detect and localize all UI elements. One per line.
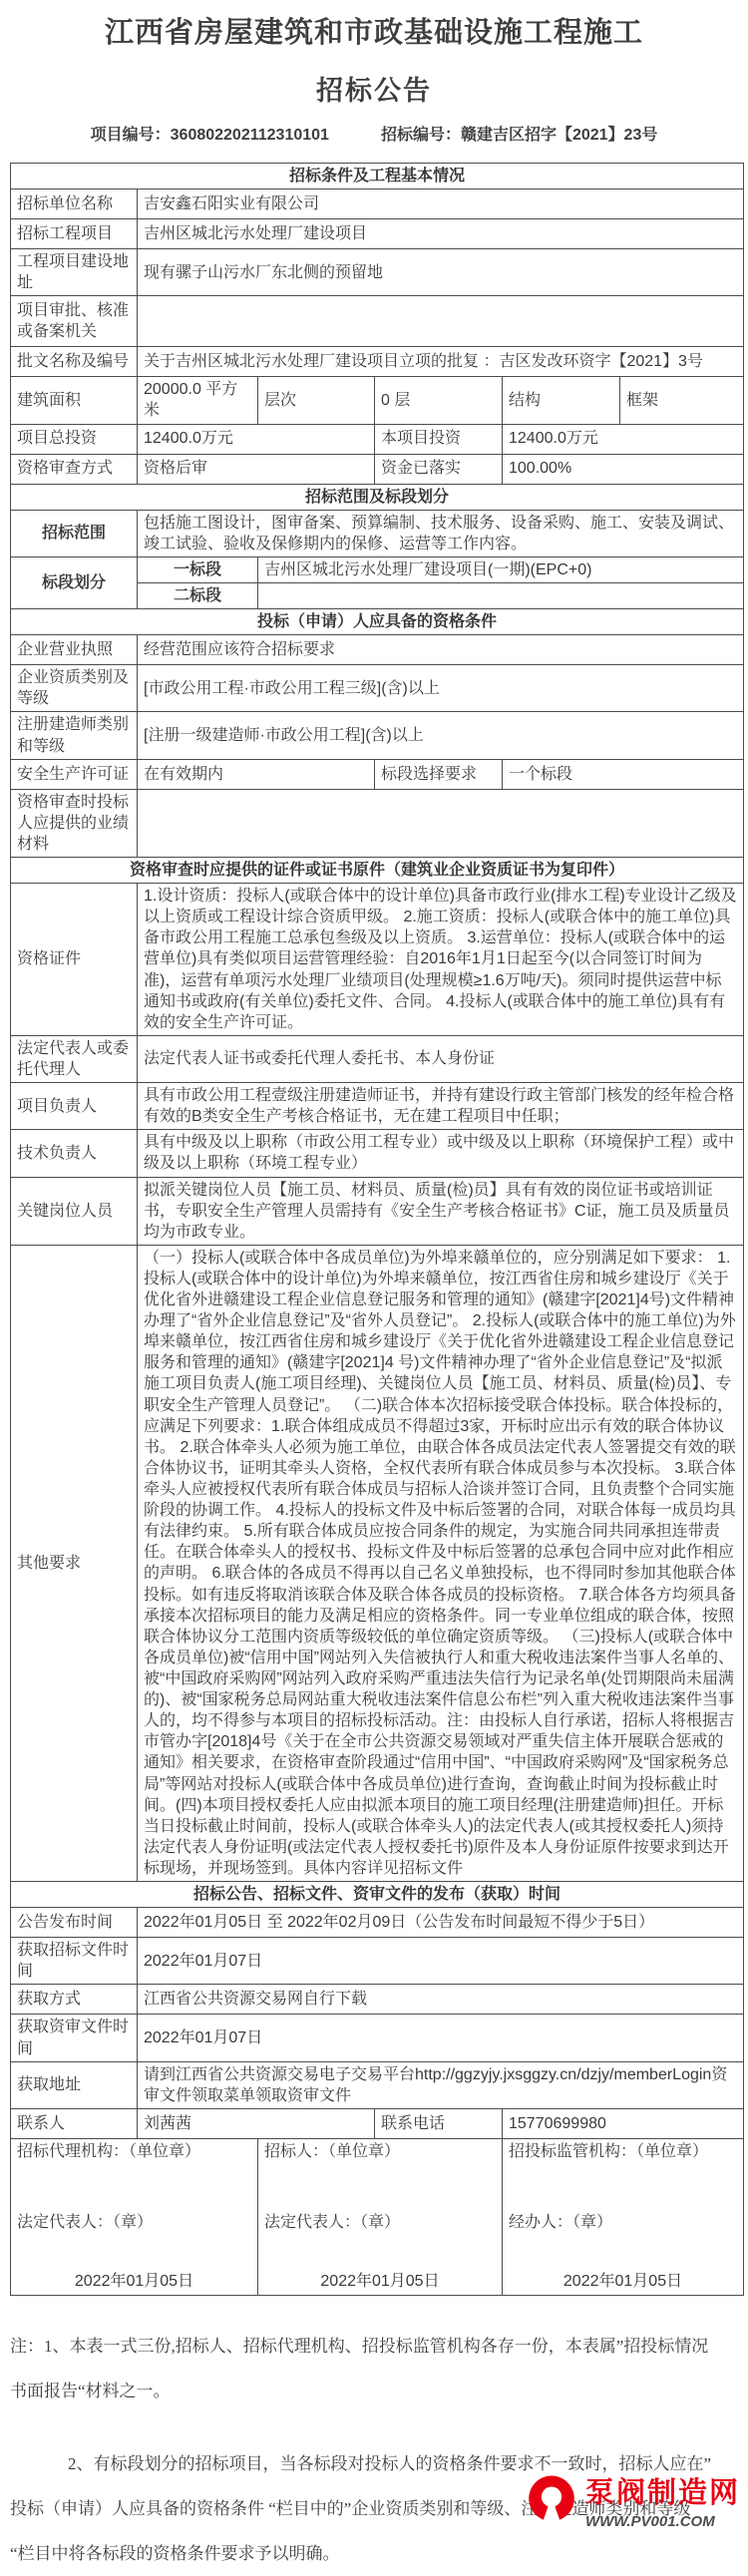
section-title: 投标（申请）人应具备的资格条件 [11, 609, 744, 635]
row-qualification-certificates: 资格证件 1.设计资质：投标人(或联合体中的设计单位)具备市政行业(排水工程)专… [11, 884, 744, 1036]
section-division-label: 标段划分 [11, 556, 138, 608]
row-obtain-method: 获取方式 江西省公共资源交易网自行下载 [11, 1985, 744, 2015]
pump-valve-logo-icon [525, 2473, 578, 2527]
page-title: 江西省房屋建筑和市政基础设施工程施工 [20, 10, 728, 51]
watermark-url: WWW.PV001.COM [585, 2513, 740, 2530]
review-obtain-time-label: 获取资审文件时间 [11, 2015, 138, 2061]
building-area-value: 20000.0 平方米 [138, 377, 258, 424]
contact-value: 刘茜茜 [138, 2108, 375, 2138]
approval-doc-value: 关于吉州区城北污水处理厂建设项目立项的批复 ：吉区发改环资字【2021】3号 [138, 347, 744, 377]
technical-leader-value: 具有中级及以上职称（市政公用工程专业）或中级及以上职称（环境保护工程）或中级及以… [138, 1130, 744, 1177]
row-project-address: 工程项目建设地址 现有骡子山污水厂东北侧的预留地 [11, 249, 744, 296]
project-manager-value: 具有市政公用工程壹级注册建造师证书，并持有建设行政主管部门核发的经年检合格有效的… [138, 1083, 744, 1130]
other-requirements-value: （一）投标人(或联合体中各成员单位)为外埠来赣单位的，应分别满足如下要求： 1.… [138, 1245, 744, 1881]
row-announce-time: 公告发布时间 2022年01月05日 至 2022年02月09日（公告发布时间最… [11, 1908, 744, 1938]
row-project-name: 招标工程项目 吉州区城北污水处理厂建设项目 [11, 219, 744, 249]
tenderer-title: 招标人：（单位章） [264, 2141, 496, 2162]
section-2-label: 二标段 [138, 582, 258, 608]
project-address-value: 现有骡子山污水厂东北侧的预留地 [138, 249, 744, 296]
project-address-label: 工程项目建设地址 [11, 249, 138, 296]
structure-label: 结构 [503, 377, 620, 424]
enterprise-grade-value: [市政公用工程·市政公用工程三级](含)以上 [138, 665, 744, 712]
doc-obtain-time-value: 2022年01月07日 [138, 1938, 744, 1985]
footnote-1-line-1: 注：1、本表一式三份,招标人、招标代理机构、招投标监管机构各存一份，本表属”招投… [10, 2324, 734, 2369]
section-title: 招标公告、招标文件、资审文件的发布（获取）时间 [11, 1882, 744, 1908]
row-investment: 项目总投资 12400.0万元 本项目投资 12400.0万元 [11, 424, 744, 454]
safety-license-value: 在有效期内 [138, 759, 375, 789]
key-personnel-value: 拟派关键岗位人员【施工员、材料员、质量(检)员】具有有效的岗位证书或培训证书，专… [138, 1177, 744, 1245]
qualification-certificates-label: 资格证件 [11, 884, 138, 1036]
building-area-label: 建筑面积 [11, 377, 138, 424]
agency-legal: 法定代表人：（章） [17, 2212, 251, 2233]
section-title: 招标条件及工程基本情况 [11, 164, 744, 189]
total-investment-value: 12400.0万元 [138, 424, 375, 454]
section-choice-value: 一个标段 [503, 759, 744, 789]
page-root: { "doc": { "title": "江西省房屋建筑和市政基础设施工程施工"… [0, 10, 748, 2576]
phone-label: 联系电话 [375, 2108, 503, 2138]
total-investment-label: 项目总投资 [11, 424, 138, 454]
row-obtain-address: 获取地址 请到江西省公共资源交易电子交易平台http://ggzyjy.jxsg… [11, 2061, 744, 2108]
row-doc-obtain-time: 获取招标文件时间 2022年01月07日 [11, 1938, 744, 1985]
supervisor-date: 2022年01月05日 [509, 2271, 737, 2292]
fund-value: 100.00% [503, 454, 744, 484]
doc-obtain-time-label: 获取招标文件时间 [11, 1938, 138, 1985]
row-signatures: 招标代理机构：（单位章） 法定代表人：（章） 2022年01月05日 招标人：（… [11, 2138, 744, 2295]
row-review-obtain-time: 获取资审文件时间 2022年01月07日 [11, 2015, 744, 2061]
obtain-method-label: 获取方式 [11, 1985, 138, 2015]
section-header-certificates: 资格审查时应提供的证件或证书原件（建筑业企业资质证书为复印件） [11, 857, 744, 883]
signature-tenderer: 招标人：（单位章） 法定代表人：（章） 2022年01月05日 [258, 2138, 503, 2295]
row-approval-org: 项目审批、核准或备案机关 [11, 296, 744, 347]
announce-time-value: 2022年01月05日 至 2022年02月09日（公告发布时间最短不得少于5日… [138, 1908, 744, 1938]
agency-title: 招标代理机构：（单位章） [17, 2141, 251, 2162]
approval-doc-label: 批文名称及编号 [11, 347, 138, 377]
section-2-value [258, 582, 744, 608]
row-section-1: 标段划分 一标段 吉州区城北污水处理厂建设项目(一期)(EPC+0) [11, 556, 744, 582]
bid-scope-value: 包括施工图设计，图审备案、预算编制、技术服务、设备采购、施工、安装及调试、竣工试… [138, 510, 744, 556]
page-subtitle: 招标公告 [0, 69, 748, 108]
row-review-method: 资格审查方式 资格后审 资金已落实 100.00% [11, 454, 744, 484]
row-building-area: 建筑面积 20000.0 平方米 层次 0 层 结构 框架 [11, 377, 744, 424]
bid-number: 招标编号：赣建吉区招字【2021】23号 [381, 122, 657, 145]
project-number: 项目编号：360802202112310101 [91, 122, 329, 145]
row-other-requirements: 其他要求 （一）投标人(或联合体中各成员单位)为外埠来赣单位的，应分别满足如下要… [11, 1245, 744, 1881]
agency-date: 2022年01月05日 [17, 2271, 251, 2292]
legal-representative-label: 法定代表人或委托代理人 [11, 1035, 138, 1082]
review-obtain-time-value: 2022年01月07日 [138, 2015, 744, 2061]
section-header-basic: 招标条件及工程基本情况 [11, 164, 744, 189]
performance-material-value [138, 789, 744, 857]
tender-unit-label: 招标单位名称 [11, 189, 138, 219]
tenderer-date: 2022年01月05日 [264, 2271, 496, 2292]
builder-grade-label: 注册建造师类别和等级 [11, 712, 138, 759]
enterprise-grade-label: 企业资质类别及等级 [11, 665, 138, 712]
other-requirements-label: 其他要求 [11, 1245, 138, 1881]
row-safety-license: 安全生产许可证 在有效期内 标段选择要求 一个标段 [11, 759, 744, 789]
watermark-brand-name: 泵阀制造网 [585, 2470, 740, 2511]
section-1-value: 吉州区城北污水处理厂建设项目(一期)(EPC+0) [258, 556, 744, 582]
project-investment-label: 本项目投资 [375, 424, 503, 454]
project-number-value: 360802202112310101 [171, 127, 329, 144]
bid-scope-label: 招标范围 [11, 510, 138, 556]
signature-agency: 招标代理机构：（单位章） 法定代表人：（章） 2022年01月05日 [11, 2138, 258, 2295]
project-investment-value: 12400.0万元 [503, 424, 744, 454]
review-method-value: 资格后审 [138, 454, 375, 484]
section-title: 资格审查时应提供的证件或证书原件（建筑业企业资质证书为复印件） [11, 857, 744, 883]
row-tender-unit: 招标单位名称 吉安鑫石阳实业有限公司 [11, 189, 744, 219]
structure-value: 框架 [620, 377, 744, 424]
watermark-text: 泵阀制造网 WWW.PV001.COM [585, 2470, 740, 2530]
project-manager-label: 项目负责人 [11, 1083, 138, 1130]
row-business-license: 企业营业执照 经营范围应该符合招标要求 [11, 635, 744, 665]
row-bid-scope: 招标范围 包括施工图设计，图审备案、预算编制、技术服务、设备采购、施工、安装及调… [11, 510, 744, 556]
section-1-label: 一标段 [138, 556, 258, 582]
key-personnel-label: 关键岗位人员 [11, 1177, 138, 1245]
section-header-qualification: 投标（申请）人应具备的资格条件 [11, 609, 744, 635]
meta-line: 项目编号：360802202112310101 招标编号：赣建吉区招字【2021… [0, 122, 748, 145]
technical-leader-label: 技术负责人 [11, 1130, 138, 1177]
builder-grade-value: [注册一级建造师·市政公用工程](含)以上 [138, 712, 744, 759]
business-license-value: 经营范围应该符合招标要求 [138, 635, 744, 665]
row-contact: 联系人 刘茜茜 联系电话 15770699980 [11, 2108, 744, 2138]
row-builder-grade: 注册建造师类别和等级 [注册一级建造师·市政公用工程](含)以上 [11, 712, 744, 759]
row-technical-leader: 技术负责人 具有中级及以上职称（市政公用工程专业）或中级及以上职称（环境保护工程… [11, 1130, 744, 1177]
supervisor-title: 招投标监管机构：（单位章） [509, 2141, 737, 2162]
bid-announcement-table: 招标条件及工程基本情况 招标单位名称 吉安鑫石阳实业有限公司 招标工程项目 吉州… [10, 163, 744, 2296]
supervisor-legal: 经办人：（章） [509, 2212, 737, 2233]
safety-license-label: 安全生产许可证 [11, 759, 138, 789]
section-header-scope: 招标范围及标段划分 [11, 484, 744, 510]
bid-number-value: 赣建吉区招字【2021】23号 [461, 127, 657, 144]
project-name-label: 招标工程项目 [11, 219, 138, 249]
fund-label: 资金已落实 [375, 454, 503, 484]
obtain-address-label: 获取地址 [11, 2061, 138, 2108]
announce-time-label: 公告发布时间 [11, 1908, 138, 1938]
tenderer-legal: 法定代表人：（章） [264, 2212, 496, 2233]
footnote-2-line-3: “栏目中将各标段的资格条件要求予以明确。 [10, 2531, 734, 2576]
phone-value: 15770699980 [503, 2108, 744, 2138]
row-key-personnel: 关键岗位人员 拟派关键岗位人员【施工员、材料员、质量(检)员】具有有效的岗位证书… [11, 1177, 744, 1245]
row-enterprise-grade: 企业资质类别及等级 [市政公用工程·市政公用工程三级](含)以上 [11, 665, 744, 712]
site-watermark: 泵阀制造网 WWW.PV001.COM [525, 2470, 740, 2530]
legal-representative-value: 法定代表人证书或委托代理人委托书、本人身份证 [138, 1035, 744, 1082]
row-approval-doc: 批文名称及编号 关于吉州区城北污水处理厂建设项目立项的批复 ：吉区发改环资字【2… [11, 347, 744, 377]
floors-label: 层次 [258, 377, 375, 424]
contact-label: 联系人 [11, 2108, 138, 2138]
qualification-certificates-value: 1.设计资质：投标人(或联合体中的设计单位)具备市政行业(排水工程)专业设计乙级… [138, 884, 744, 1036]
project-name-value: 吉州区城北污水处理厂建设项目 [138, 219, 744, 249]
section-header-publish: 招标公告、招标文件、资审文件的发布（获取）时间 [11, 1882, 744, 1908]
approval-org-value [138, 296, 744, 347]
performance-material-label: 资格审查时投标人应提供的业绩材料 [11, 789, 138, 857]
bid-number-label: 招标编号： [381, 127, 461, 144]
floors-value: 0 层 [375, 377, 503, 424]
footnote-spacer [10, 2413, 734, 2441]
project-number-label: 项目编号： [91, 127, 171, 144]
section-title: 招标范围及标段划分 [11, 484, 744, 510]
row-project-manager: 项目负责人 具有市政公用工程壹级注册建造师证书，并持有建设行政主管部门核发的经年… [11, 1083, 744, 1130]
section-choice-label: 标段选择要求 [375, 759, 503, 789]
row-performance-material: 资格审查时投标人应提供的业绩材料 [11, 789, 744, 857]
row-legal-representative: 法定代表人或委托代理人 法定代表人证书或委托代理人委托书、本人身份证 [11, 1035, 744, 1082]
footnote-1-line-2: 书面报告“材料之一。 [10, 2369, 734, 2413]
obtain-method-value: 江西省公共资源交易网自行下载 [138, 1985, 744, 2015]
signature-supervisor: 招投标监管机构：（单位章） 经办人：（章） 2022年01月05日 [503, 2138, 744, 2295]
tender-unit-value: 吉安鑫石阳实业有限公司 [138, 189, 744, 219]
approval-org-label: 项目审批、核准或备案机关 [11, 296, 138, 347]
review-method-label: 资格审查方式 [11, 454, 138, 484]
business-license-label: 企业营业执照 [11, 635, 138, 665]
obtain-address-value: 请到江西省公共资源交易电子交易平台http://ggzyjy.jxsggzy.c… [138, 2061, 744, 2108]
footnotes: 注：1、本表一式三份,招标人、招标代理机构、招投标监管机构各存一份，本表属”招投… [10, 2324, 734, 2576]
